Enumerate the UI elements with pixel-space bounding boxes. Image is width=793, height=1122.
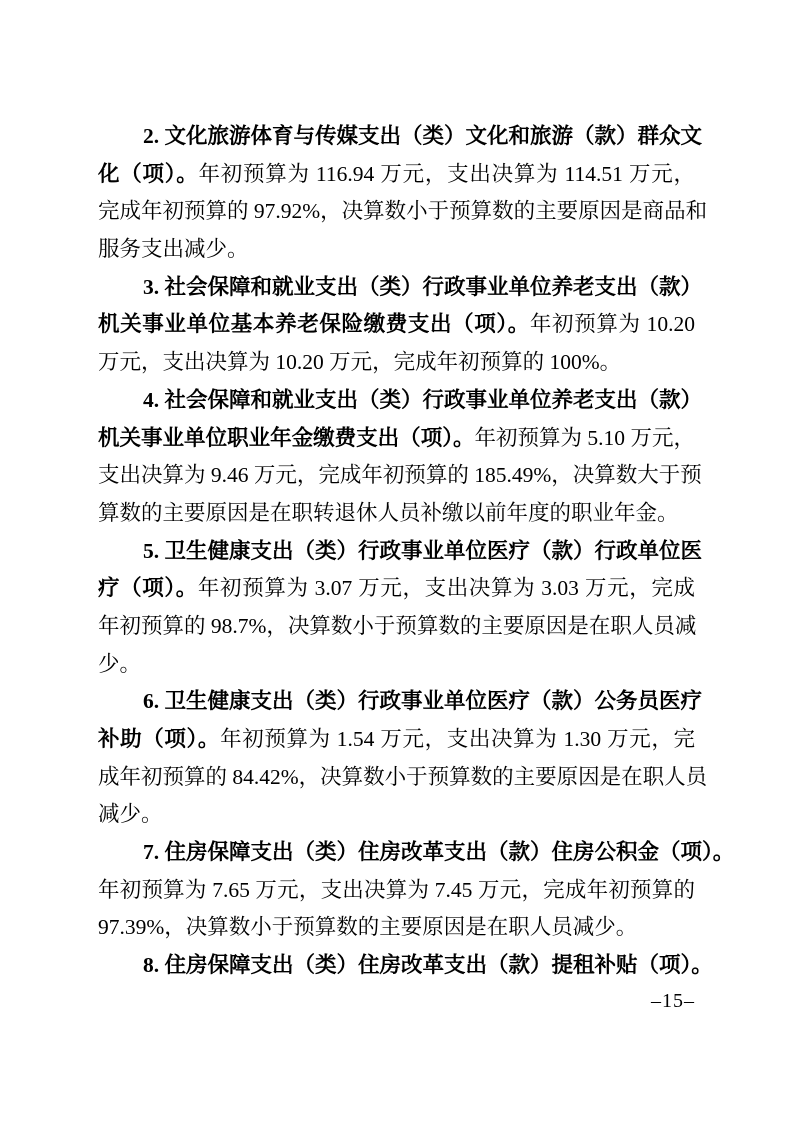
text-line: 服务支出减少。 <box>98 231 695 269</box>
body-segment: 年初预算为 10.20 <box>530 312 695 336</box>
body-segment: 算数的主要原因是在职转退休人员补缴以前年度的职业年金。 <box>98 501 679 525</box>
paragraph-item-5: 5. 卫生健康支出（类）行政事业单位医疗（款）行政单位医疗（项）。年初预算为 3… <box>98 533 695 684</box>
body-segment: 年初预算的 98.7%，决算数小于预算数的主要原因是在职人员减 <box>98 614 696 638</box>
text-line: 算数的主要原因是在职转退休人员补缴以前年度的职业年金。 <box>98 495 695 533</box>
text-line: 机关事业单位职业年金缴费支出（项）。年初预算为 5.10 万元， <box>98 420 695 458</box>
paragraph-item-6: 6. 卫生健康支出（类）行政事业单位医疗（款）公务员医疗补助（项）。年初预算为 … <box>98 683 695 834</box>
text-line: 年初预算为 7.65 万元，支出决算为 7.45 万元，完成年初预算的 <box>98 872 695 910</box>
text-line: 成年初预算的 84.42%，决算数小于预算数的主要原因是在职人员 <box>98 759 695 797</box>
body-segment: 万元，支出决算为 10.20 万元，完成年初预算的 100%。 <box>98 350 621 374</box>
body-segment: 减少。 <box>98 802 163 826</box>
text-line: 万元，支出决算为 10.20 万元，完成年初预算的 100%。 <box>98 344 695 382</box>
text-line: 3. 社会保障和就业支出（类）行政事业单位养老支出（款） <box>98 269 695 307</box>
heading-segment: 疗（项）。 <box>98 576 198 600</box>
text-line: 5. 卫生健康支出（类）行政事业单位医疗（款）行政单位医 <box>98 533 695 571</box>
body-segment: 完成年初预算的 97.92%，决算数小于预算数的主要原因是商品和 <box>98 199 707 223</box>
body-segment: 成年初预算的 84.42%，决算数小于预算数的主要原因是在职人员 <box>98 765 707 789</box>
text-line: 7. 住房保障支出（类）住房改革支出（款）住房公积金（项）。 <box>98 834 695 872</box>
paragraph-item-7: 7. 住房保障支出（类）住房改革支出（款）住房公积金（项）。年初预算为 7.65… <box>98 834 695 947</box>
heading-segment: 4. 社会保障和就业支出（类）行政事业单位养老支出（款） <box>143 388 702 412</box>
heading-segment: 机关事业单位职业年金缴费支出（项）。 <box>98 426 474 450</box>
document-body: 2. 文化旅游体育与传媒支出（类）文化和旅游（款）群众文化（项）。年初预算为 1… <box>98 118 695 985</box>
body-segment: 年初预算为 1.54 万元，支出决算为 1.30 万元，完 <box>220 727 695 751</box>
body-segment: 年初预算为 116.94 万元，支出决算为 114.51 万元， <box>199 162 695 186</box>
heading-segment: 补助（项）。 <box>98 727 220 751</box>
paragraph-item-8: 8. 住房保障支出（类）住房改革支出（款）提租补贴（项）。 <box>98 947 695 985</box>
paragraph-item-4: 4. 社会保障和就业支出（类）行政事业单位养老支出（款）机关事业单位职业年金缴费… <box>98 382 695 533</box>
text-line: 8. 住房保障支出（类）住房改革支出（款）提租补贴（项）。 <box>98 947 695 985</box>
text-line: 少。 <box>98 646 695 684</box>
text-line: 支出决算为 9.46 万元，完成年初预算的 185.49%，决算数大于预 <box>98 457 695 495</box>
paragraph-item-3: 3. 社会保障和就业支出（类）行政事业单位养老支出（款）机关事业单位基本养老保险… <box>98 269 695 382</box>
heading-segment: 3. 社会保障和就业支出（类）行政事业单位养老支出（款） <box>143 275 702 299</box>
body-segment: 97.39%，决算数小于预算数的主要原因是在职人员减少。 <box>98 915 637 939</box>
body-segment: 少。 <box>98 652 141 676</box>
text-line: 年初预算的 98.7%，决算数小于预算数的主要原因是在职人员减 <box>98 608 695 646</box>
text-line: 4. 社会保障和就业支出（类）行政事业单位养老支出（款） <box>98 382 695 420</box>
body-segment: 支出决算为 9.46 万元，完成年初预算的 185.49%，决算数大于预 <box>98 463 702 487</box>
page-number: –15– <box>651 990 695 1012</box>
heading-segment: 机关事业单位基本养老保险缴费支出（项）。 <box>98 312 530 336</box>
heading-segment: 2. 文化旅游体育与传媒支出（类）文化和旅游（款）群众文 <box>143 124 702 148</box>
text-line: 97.39%，决算数小于预算数的主要原因是在职人员减少。 <box>98 909 695 947</box>
body-segment: 年初预算为 5.10 万元， <box>474 426 695 450</box>
paragraph-item-2: 2. 文化旅游体育与传媒支出（类）文化和旅游（款）群众文化（项）。年初预算为 1… <box>98 118 695 269</box>
body-segment: 服务支出减少。 <box>98 237 249 261</box>
document-page: 2. 文化旅游体育与传媒支出（类）文化和旅游（款）群众文化（项）。年初预算为 1… <box>0 0 793 1122</box>
body-segment: 年初预算为 3.07 万元，支出决算为 3.03 万元，完成 <box>198 576 695 600</box>
heading-segment: 8. 住房保障支出（类）住房改革支出（款）提租补贴（项）。 <box>143 953 713 977</box>
heading-segment: 6. 卫生健康支出（类）行政事业单位医疗（款）公务员医疗 <box>143 689 702 713</box>
text-line: 化（项）。年初预算为 116.94 万元，支出决算为 114.51 万元， <box>98 156 695 194</box>
heading-segment: 化（项）。 <box>98 162 199 186</box>
heading-segment: 5. 卫生健康支出（类）行政事业单位医疗（款）行政单位医 <box>143 539 702 563</box>
text-line: 完成年初预算的 97.92%，决算数小于预算数的主要原因是商品和 <box>98 193 695 231</box>
heading-segment: 7. 住房保障支出（类）住房改革支出（款）住房公积金（项）。 <box>143 840 734 864</box>
body-segment: 年初预算为 7.65 万元，支出决算为 7.45 万元，完成年初预算的 <box>98 878 695 902</box>
text-line: 2. 文化旅游体育与传媒支出（类）文化和旅游（款）群众文 <box>98 118 695 156</box>
page-footer: –15– <box>98 990 695 1013</box>
text-line: 减少。 <box>98 796 695 834</box>
text-line: 6. 卫生健康支出（类）行政事业单位医疗（款）公务员医疗 <box>98 683 695 721</box>
text-line: 机关事业单位基本养老保险缴费支出（项）。年初预算为 10.20 <box>98 306 695 344</box>
text-line: 疗（项）。年初预算为 3.07 万元，支出决算为 3.03 万元，完成 <box>98 570 695 608</box>
text-line: 补助（项）。年初预算为 1.54 万元，支出决算为 1.30 万元，完 <box>98 721 695 759</box>
